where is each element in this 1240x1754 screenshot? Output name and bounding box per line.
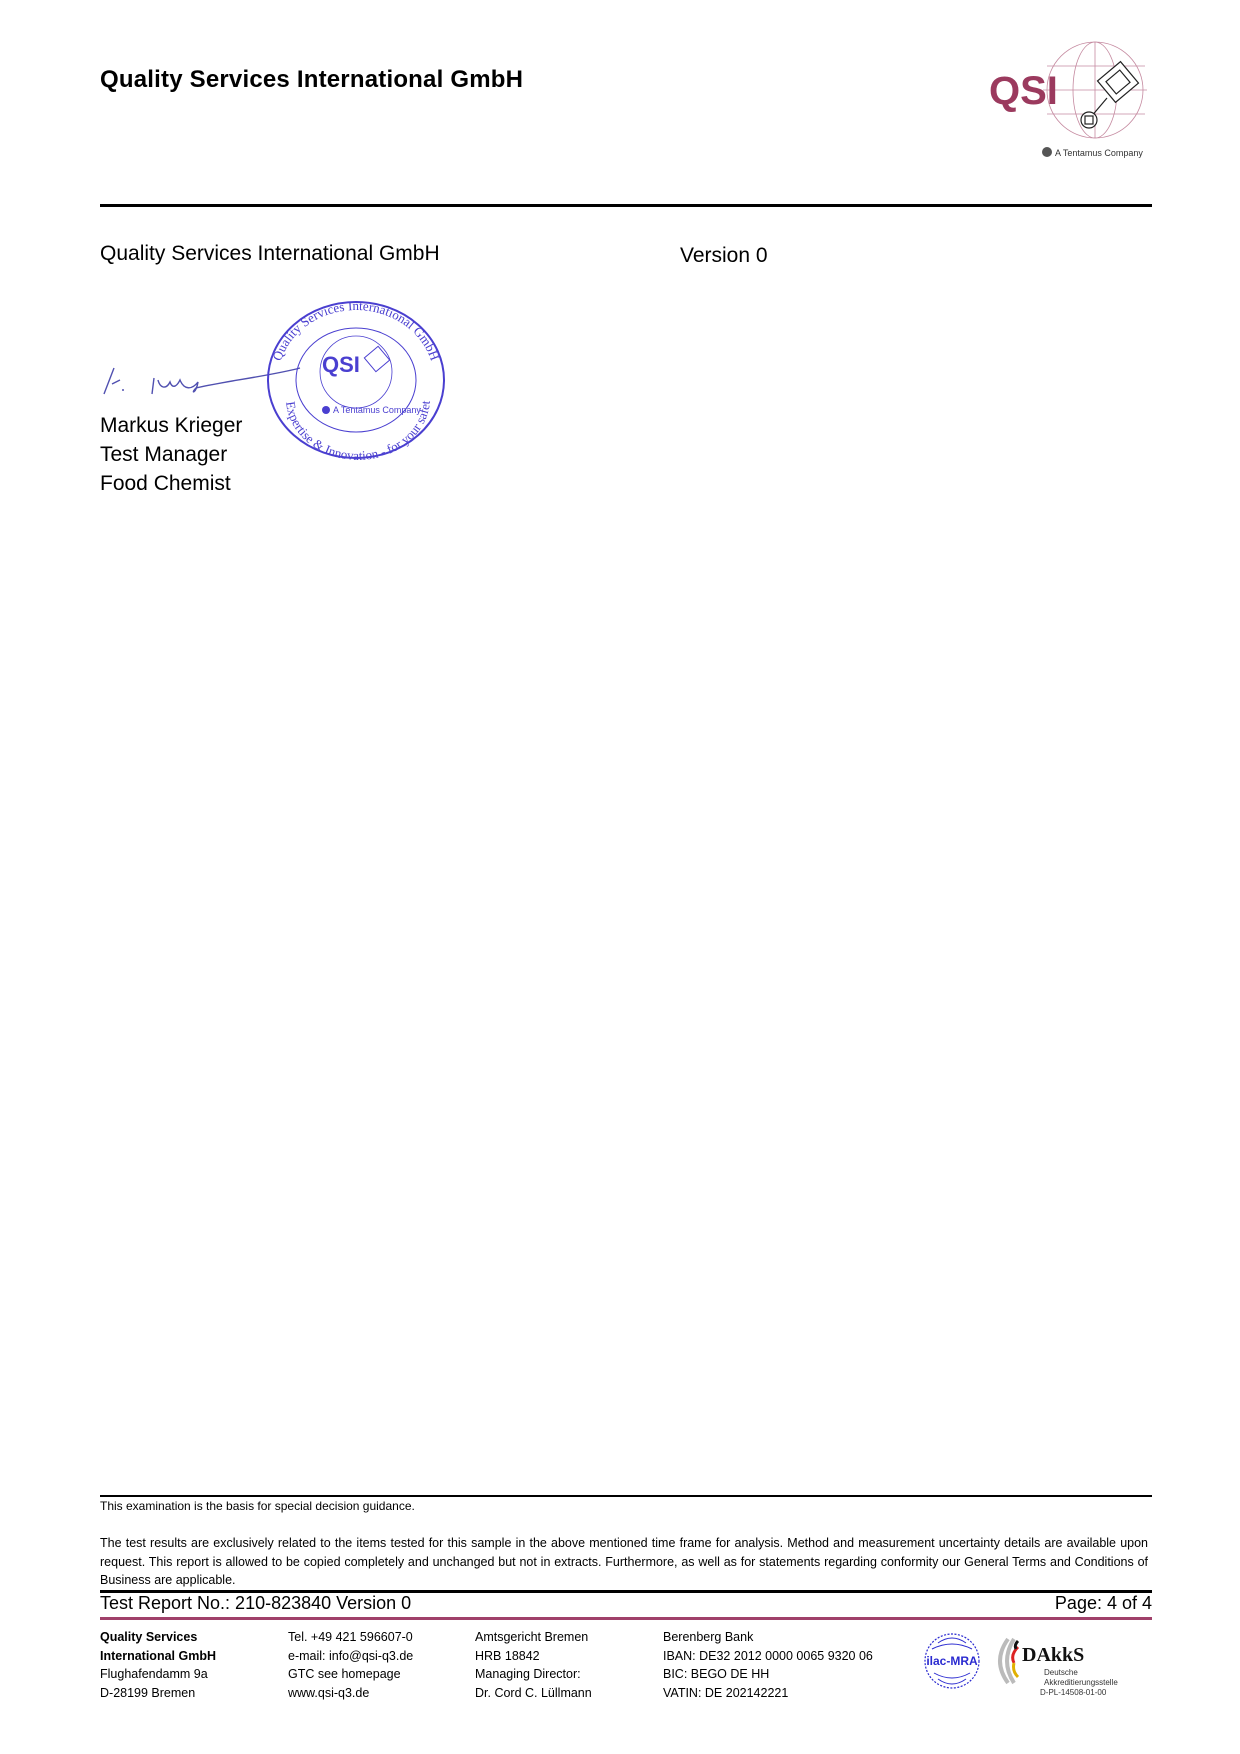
svg-text:QSI: QSI	[989, 69, 1058, 113]
tentamus-icon	[1042, 147, 1052, 157]
disclaimer: The test results are exclusively related…	[100, 1534, 1148, 1590]
footer-bank-column: Berenberg Bank IBAN: DE32 2012 0000 0065…	[663, 1628, 873, 1702]
footer-divider-top	[100, 1495, 1152, 1497]
signatory-block: Markus Krieger Test Manager Food Chemist	[100, 411, 242, 498]
email-link[interactable]: e-mail: info@qsi-q3.de	[288, 1647, 413, 1666]
footer-contact-column: Tel. +49 421 596607-0 e-mail: info@qsi-q…	[288, 1628, 413, 1702]
decision-note: This examination is the basis for specia…	[100, 1499, 415, 1513]
svg-text:A Tentamus Company: A Tentamus Company	[1055, 148, 1143, 158]
footer-accent-divider	[100, 1617, 1152, 1620]
svg-text:ilac-MRA: ilac-MRA	[926, 1654, 978, 1668]
svg-text:Deutsche: Deutsche	[1044, 1668, 1078, 1677]
qsi-logo: QSI A Tentamus Company	[985, 38, 1155, 168]
version-label: Version 0	[680, 244, 768, 268]
header-divider	[100, 204, 1152, 207]
svg-text:Akkreditierungsstelle: Akkreditierungsstelle	[1044, 1678, 1118, 1687]
svg-text:DAkkS: DAkkS	[1022, 1644, 1084, 1666]
svg-text:A Tentamus Company: A Tentamus Company	[333, 405, 421, 415]
signature	[104, 368, 300, 394]
footer-company-column: Quality Services International GmbH Flug…	[100, 1628, 216, 1702]
company-title: Quality Services International GmbH	[100, 66, 523, 94]
report-number: Test Report No.: 210-823840 Version 0	[100, 1593, 411, 1614]
company-name: Quality Services International GmbH	[100, 242, 440, 266]
signatory-title: Food Chemist	[100, 469, 242, 498]
svg-text:D-PL-14508-01-00: D-PL-14508-01-00	[1040, 1688, 1107, 1697]
footer-registry-column: Amtsgericht Bremen HRB 18842 Managing Di…	[475, 1628, 592, 1702]
ilac-mra-icon: ilac-MRA	[925, 1634, 979, 1688]
svg-text:QSI: QSI	[322, 352, 360, 377]
signatory-role: Test Manager	[100, 440, 242, 469]
website-link[interactable]: www.qsi-q3.de	[288, 1684, 413, 1703]
dakks-icon: DAkkS Deutsche Akkreditierungsstelle D-P…	[1000, 1639, 1118, 1697]
signatory-name: Markus Krieger	[100, 411, 242, 440]
page-number: Page: 4 of 4	[1055, 1593, 1152, 1614]
accreditation-logos: ilac-MRA DAkkS Deutsche Akkreditierungss…	[922, 1625, 1152, 1703]
